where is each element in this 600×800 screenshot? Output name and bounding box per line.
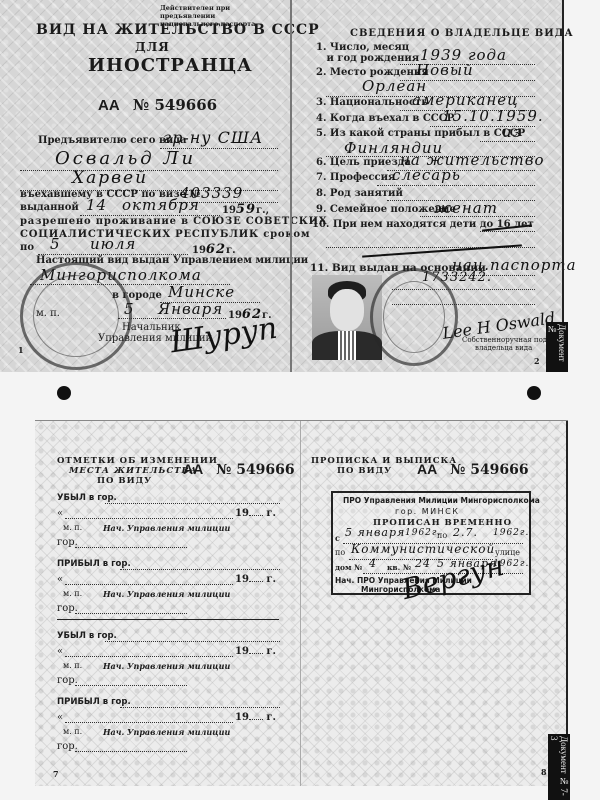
page-number-2: 2 [534, 356, 540, 366]
stamp-line1: ПРО Управления Милиции Мингорисполкома [343, 496, 540, 505]
photo-face [330, 289, 364, 331]
holder-info-heading: СВЕДЕНИЯ О ВЛАДЕЛЬЦЕ ВИДА [350, 28, 574, 39]
doc-title-line2: ДЛЯ [135, 40, 170, 54]
field-5-value: из [502, 123, 522, 141]
document-number-bottom-left: АА № 549666 [183, 461, 295, 478]
stamp-from-label: с [335, 533, 340, 543]
move-mp: м. п. [63, 523, 82, 532]
residence-heading-line3: ПО ВИДУ [97, 476, 152, 486]
number-sign: № [133, 96, 149, 114]
move-block-label: УБЫЛ в гор. [57, 631, 117, 641]
stamp-line2: гор. МИНСК [395, 507, 459, 516]
exhibit-label-top: Документ № [546, 322, 568, 372]
registration-heading-line2: ПО ВИДУ [337, 466, 392, 476]
move-chief: Нач. Управления милиции [103, 661, 230, 671]
move-chief: Нач. Управления милиции [103, 523, 230, 533]
stamp-to-label: по [437, 531, 447, 540]
field-9-value: женат [434, 199, 498, 217]
right-edge-bottom [566, 421, 568, 786]
bottom-left-page: ОТМЕТКИ ОБ ИЗМЕНЕНИИ МЕСТА ЖИТЕЛЬСТВА ПО… [35, 421, 300, 786]
field-7-label: 7. Профессия [316, 172, 395, 183]
document-number-bottom-right: АА № 549666 [417, 461, 529, 478]
move-year: 19 г. [235, 508, 276, 519]
exhibit-label-bottom: Документ № 7-3 [548, 734, 570, 800]
signature-caption-line2: владельца вида [475, 344, 532, 352]
move-date-quote: « [57, 646, 63, 657]
move-block-label: ПРИБЫЛ в гор. [57, 697, 131, 707]
move-city-line [105, 503, 280, 504]
move-year: 19 г. [235, 574, 276, 585]
bearer-value1: гр-ну США [163, 128, 263, 147]
move-block-label: УБЫЛ в гор. [57, 493, 117, 503]
issued-month: октября [122, 196, 200, 214]
document-number: АА № 549666 [98, 96, 217, 114]
move-year: 19 г. [235, 712, 276, 723]
bottom-spread: ОТМЕТКИ ОБ ИЗМЕНЕНИИ МЕСТА ЖИТЕЛЬСТВА ПО… [35, 420, 568, 786]
stamp-house-label: дом № [335, 563, 362, 572]
move-city-line [120, 707, 280, 708]
bearer-value3: Харвей [72, 168, 148, 188]
top-left-page: Действителен при предъявлении национальн… [0, 0, 290, 372]
bearer-value2: Освальд Ли [55, 148, 196, 169]
stamp-street-prefix: по [335, 548, 345, 557]
stamp-street-value: Коммунистической [351, 542, 495, 556]
move-year: 19 г. [235, 646, 276, 657]
move-date-quote: « [57, 712, 63, 723]
field-7-value: слесарь [392, 166, 461, 184]
issued-day: 14 [86, 196, 107, 214]
field-5-label: 5. Из какой страны прибыл в СССР [316, 128, 525, 139]
section-divider [57, 619, 279, 620]
top-right-page: СВЕДЕНИЯ О ВЛАДЕЛЬЦЕ ВИДА 1. Число, меся… [292, 0, 562, 372]
field-4-label: 4. Когда въехал в СССР [316, 113, 454, 124]
doc-title-line3: ИНОСТРАНЦА [88, 55, 253, 76]
field-8-label: 8. Род занятий [316, 188, 403, 199]
number-value: 549666 [154, 96, 217, 114]
page-number-8: 8 [541, 767, 547, 777]
binder-hole-right [527, 386, 541, 400]
move-date-quote: « [57, 508, 63, 519]
stamp-to-year: 1962г. [493, 528, 529, 538]
stamp-from-year: 1962г. [405, 528, 441, 538]
permit-line2: СОЦИАЛИСТИЧЕСКИХ РЕСПУБЛИК сроком [20, 229, 310, 240]
official-stamp-right [370, 268, 458, 366]
doc-title-line1: ВИД НА ЖИТЕЛЬСТВО В СССР [36, 22, 320, 38]
term-month: июля [90, 235, 136, 253]
series: АА [98, 97, 120, 114]
official-stamp-left [20, 262, 132, 370]
date-month: Января [158, 300, 223, 318]
binder-hole-left [57, 386, 71, 400]
move-mp: м. п. [63, 727, 82, 736]
move-city-line [105, 641, 280, 642]
stamp-to-value: 2.7. [453, 526, 478, 539]
residence-heading-line2: МЕСТА ЖИТЕЛЬСТВА [69, 466, 198, 476]
top-spread: Действителен при предъявлении национальн… [0, 0, 562, 372]
stamp-from-value: 5 января [345, 526, 405, 539]
field-4-value: 15.10.1959. [442, 107, 544, 125]
page-number-1: 1 [18, 345, 24, 355]
issued-label: выданной [20, 202, 79, 213]
permit-line1: разрешено проживание в СОЮЗЕ СОВЕТСКИХ [20, 216, 327, 227]
issued-year: 1959г., [222, 202, 269, 217]
move-mp: м. п. [63, 589, 82, 598]
move-date-quote: « [57, 574, 63, 585]
term-label: по [20, 242, 34, 253]
photo-shirt [338, 331, 356, 360]
term-day: 5 [50, 235, 61, 253]
bottom-right-page: ПРОПИСКА И ВЫПИСКА ПО ВИДУ АА № 549666 П… [301, 421, 568, 786]
field-1-label: 1. Число, месяц и год рождения [316, 42, 419, 64]
move-chief: Нач. Управления милиции [103, 727, 230, 737]
right-edge-top [562, 0, 564, 372]
page-number-7: 7 [53, 769, 59, 779]
move-city-line [120, 569, 280, 570]
stamp-house-value: 4 [369, 557, 377, 570]
city-value: Минске [168, 283, 235, 301]
move-chief: Нач. Управления милиции [103, 589, 230, 599]
move-mp: м. п. [63, 661, 82, 670]
move-block-label: ПРИБЫЛ в гор. [57, 559, 131, 569]
